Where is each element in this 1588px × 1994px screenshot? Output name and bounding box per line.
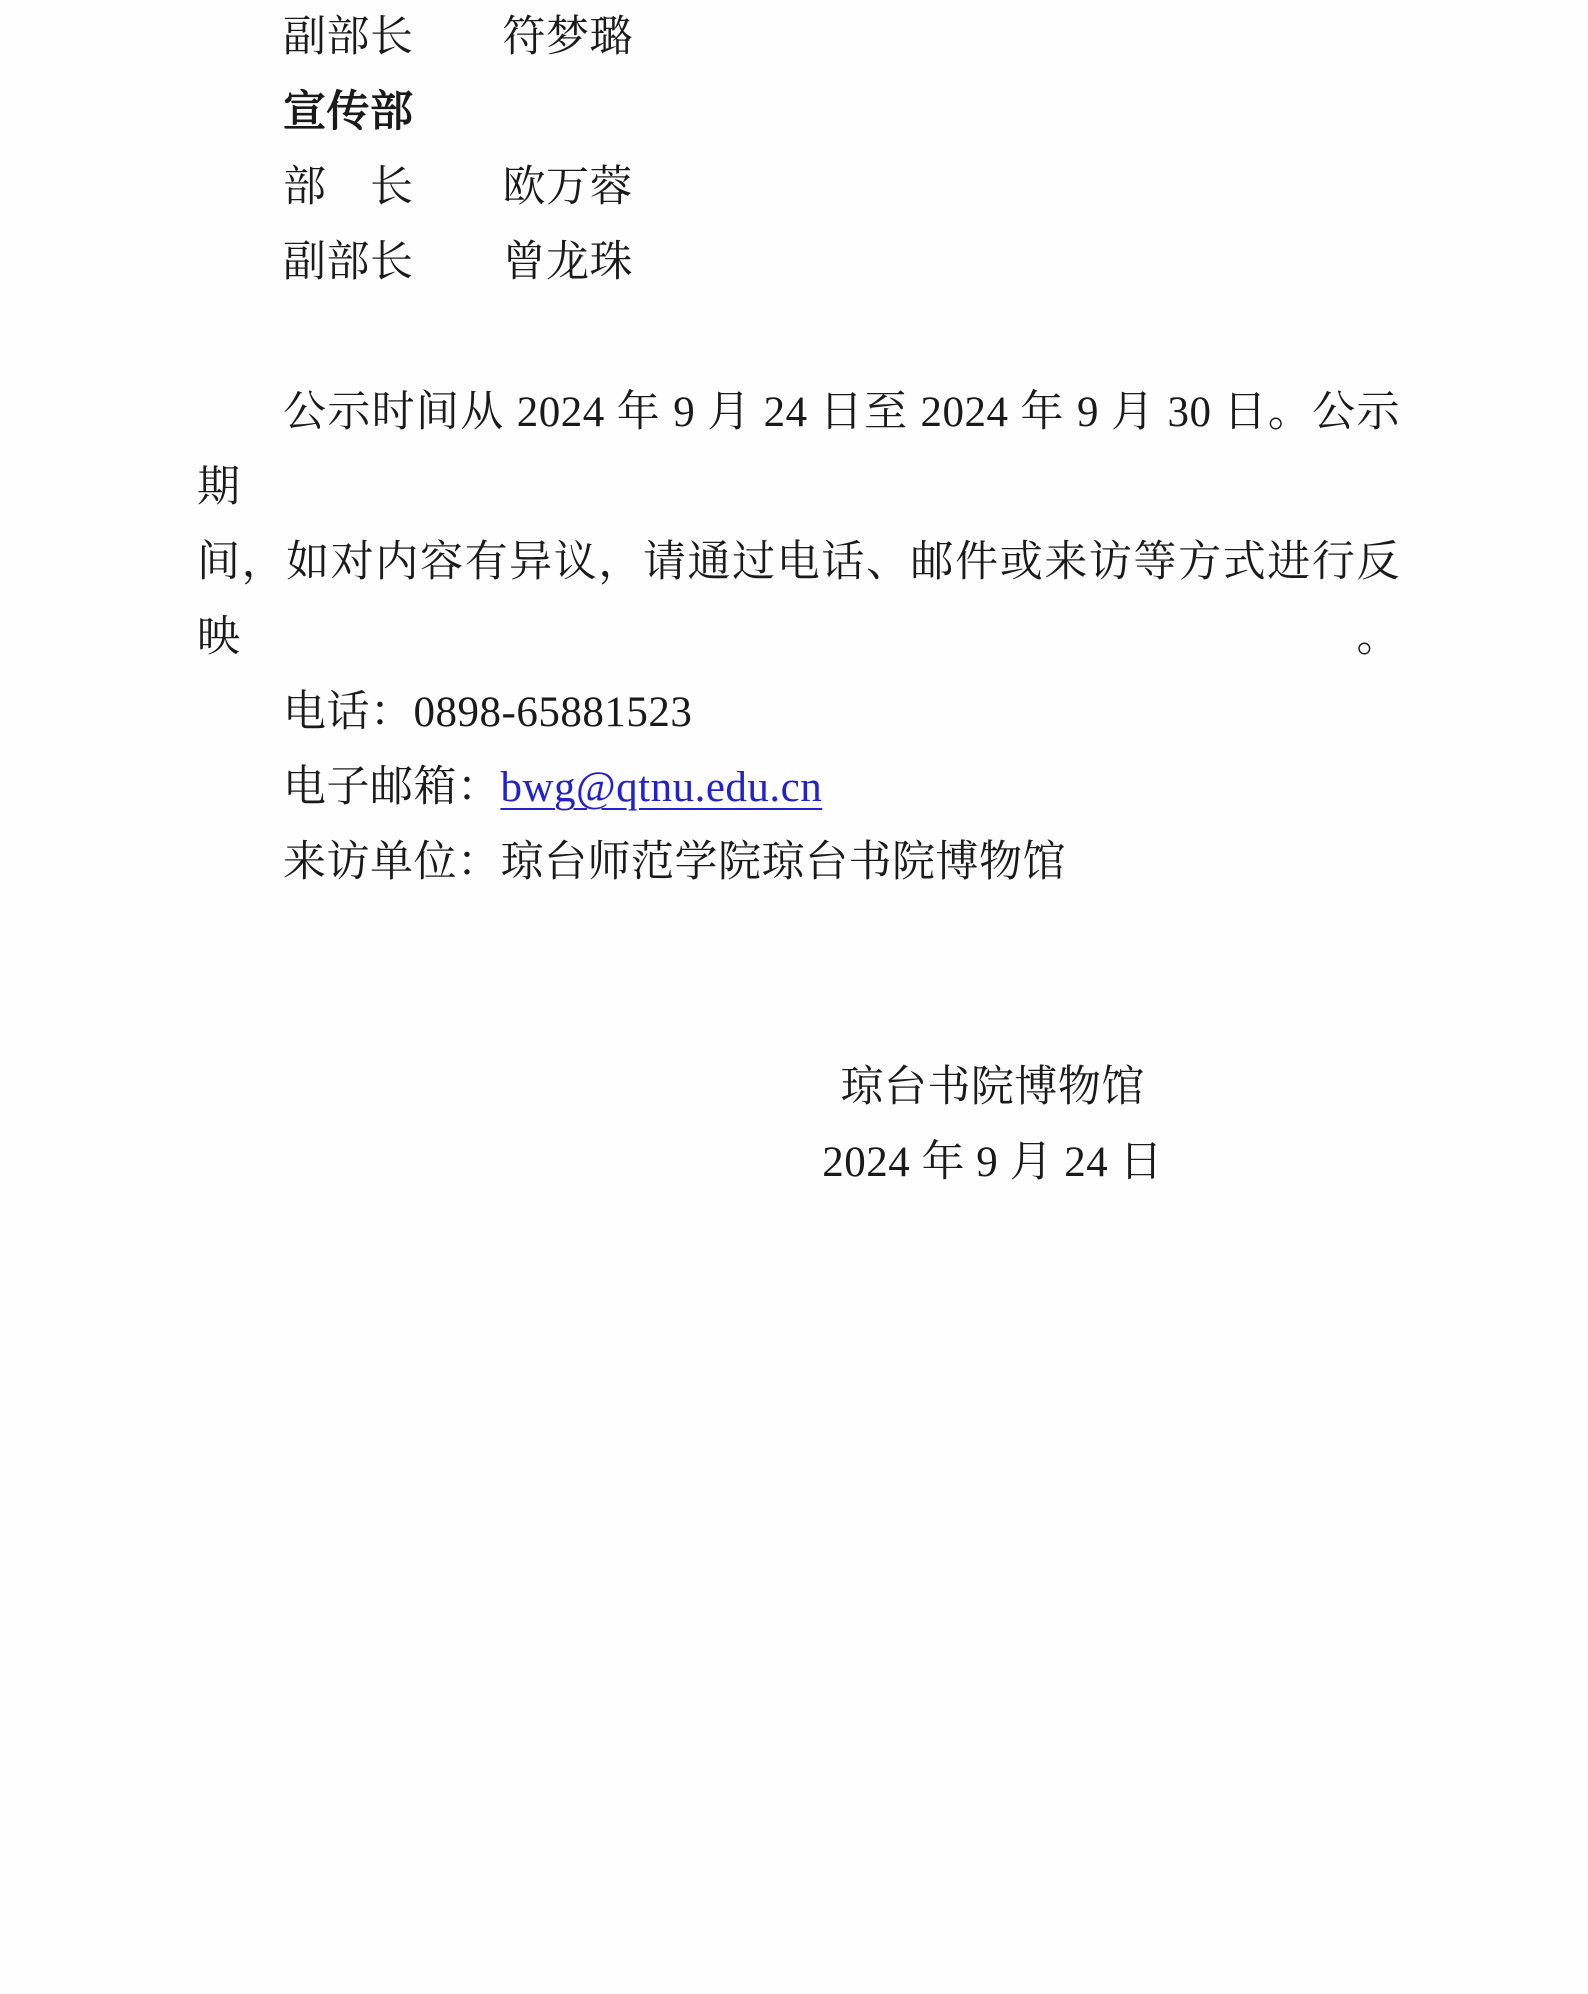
person-name: 欧万蓉 [503,150,634,225]
document-page: 副部长 符梦璐 宣传部 部 长 欧万蓉 副部长 曾龙珠 公示时间从 2024 年… [0,0,1588,1994]
phone-line: 电话：0898-65881523 [197,675,1400,750]
notice-line-1: 公示时间从 2024 年 9 月 24 日至 2024 年 9 月 30 日。公… [197,375,1400,525]
spacer [197,900,1400,1050]
phone-number: 0898-65881523 [414,689,693,736]
visit-value: 琼台师范学院琼台书院博物馆 [501,839,1067,886]
visit-line: 来访单位：琼台师范学院琼台书院博物馆 [197,825,1400,900]
position-label: 部 长 [283,150,414,225]
phone-label: 电话： [283,689,414,736]
position-label: 副部长 [283,0,414,75]
department-heading: 宣传部 [197,75,1400,150]
roster-row: 副部长 曾龙珠 [197,225,1400,300]
spacer [197,300,1400,375]
email-line: 电子邮箱：bwg@qtnu.edu.cn [197,750,1400,825]
email-label: 电子邮箱： [283,764,501,811]
document-content: 副部长 符梦璐 宣传部 部 长 欧万蓉 副部长 曾龙珠 公示时间从 2024 年… [197,0,1400,1200]
position-label: 副部长 [283,225,414,300]
roster-row: 部 长 欧万蓉 [197,150,1400,225]
person-name: 符梦璐 [503,0,634,75]
signature-block: 琼台书院博物馆 2024 年 9 月 24 日 [822,1050,1163,1200]
person-name: 曾龙珠 [503,225,634,300]
signature-date: 2024 年 9 月 24 日 [822,1125,1163,1200]
visit-label: 来访单位： [283,839,501,886]
signature-organization: 琼台书院博物馆 [822,1050,1163,1125]
email-link[interactable]: bwg@qtnu.edu.cn [501,764,823,811]
roster-row: 副部长 符梦璐 [197,0,1400,75]
notice-line-2: 间，如对内容有异议，请通过电话、邮件或来访等方式进行反映。 [197,525,1400,675]
